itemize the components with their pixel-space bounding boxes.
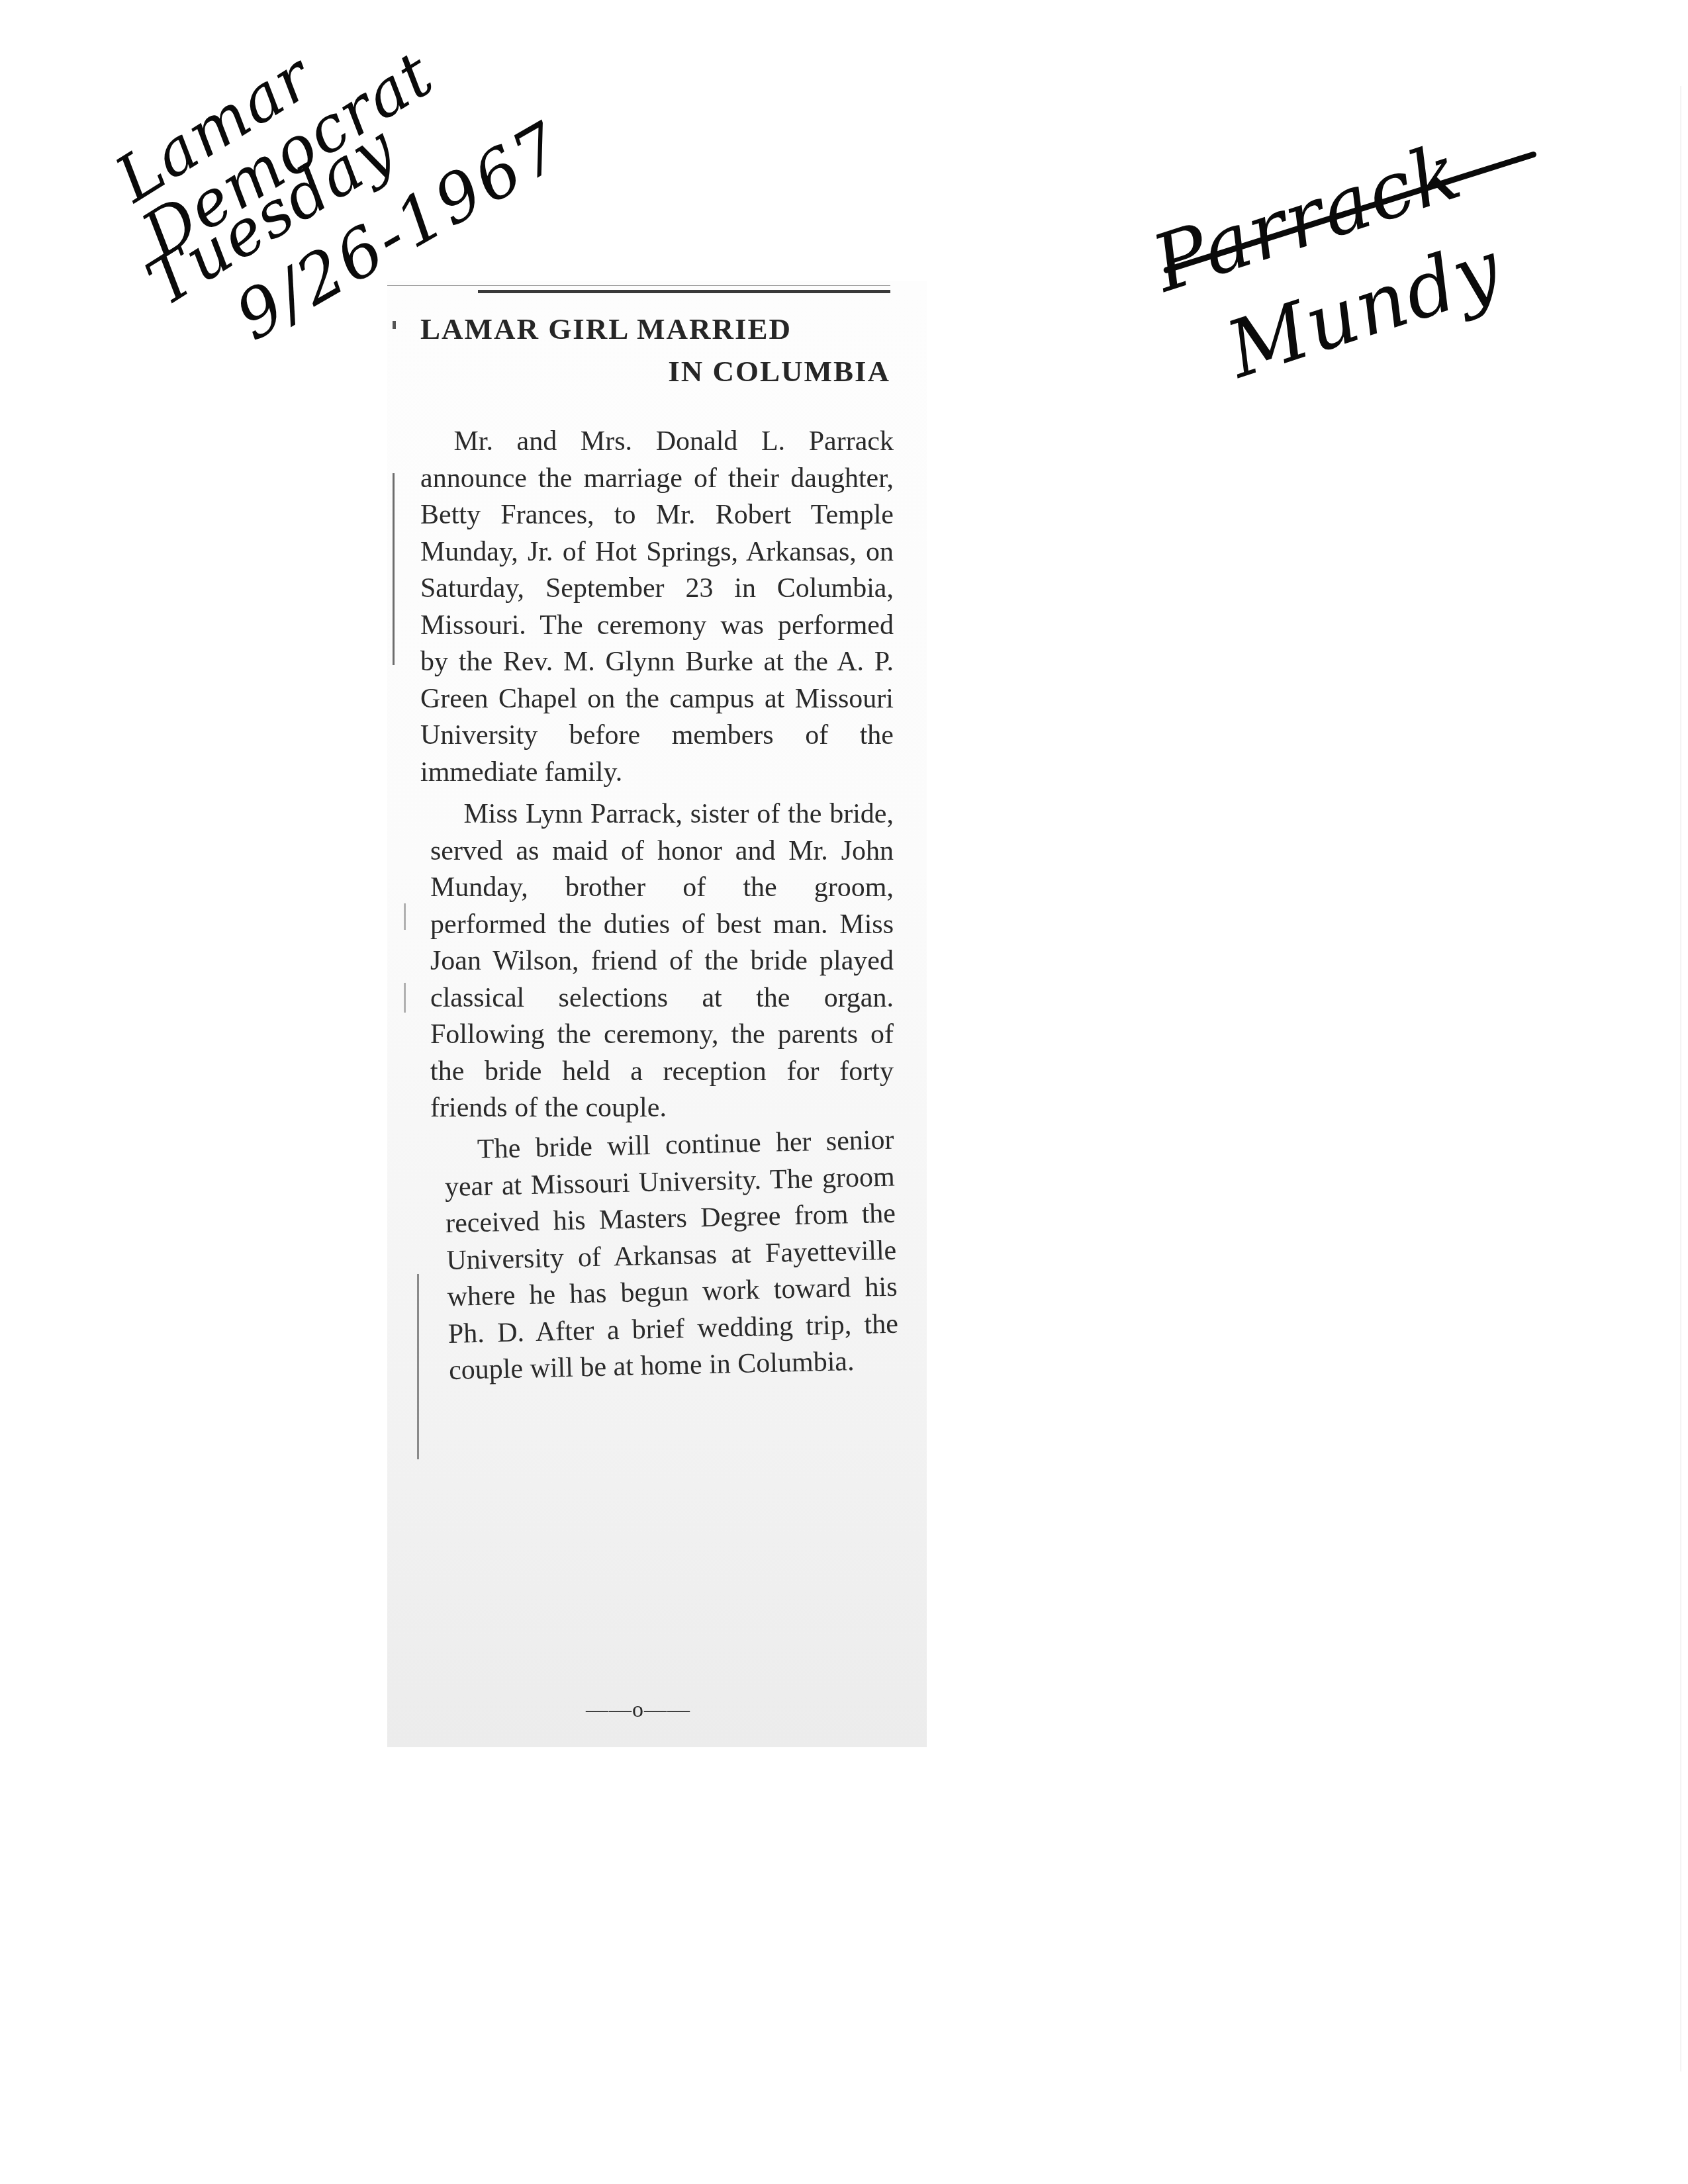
column-mark-dot xyxy=(393,321,396,329)
headline-line-2: IN COLUMBIA xyxy=(410,350,890,392)
newspaper-clipping: LAMAR GIRL MARRIED IN COLUMBIA Mr. and M… xyxy=(387,281,927,1747)
scanner-edge xyxy=(1680,86,1681,2071)
article-end-mark: ——o—— xyxy=(586,1698,690,1723)
column-rule-mark xyxy=(417,1274,419,1459)
column-rule-mark xyxy=(393,473,395,665)
headline-line-1: LAMAR GIRL MARRIED xyxy=(410,308,890,350)
article-body: Mr. and Mrs. Donald L. Parrack announce … xyxy=(420,424,894,1394)
article-paragraph: Miss Lynn Parrack, sister of the bride, … xyxy=(430,796,894,1127)
column-rule-mark xyxy=(404,903,406,930)
clipping-top-rule-thin xyxy=(387,285,890,286)
article-paragraph: Mr. and Mrs. Donald L. Parrack announce … xyxy=(420,424,894,791)
article-paragraph: The bride will continue her senior year … xyxy=(444,1122,900,1389)
scanned-page: Lamar Democrat Tuesday 9/26-1967 Parrack… xyxy=(0,0,1688,2184)
column-rule-mark xyxy=(404,983,406,1013)
article-headline: LAMAR GIRL MARRIED IN COLUMBIA xyxy=(410,308,890,392)
clipping-top-rule-thick xyxy=(478,290,890,293)
